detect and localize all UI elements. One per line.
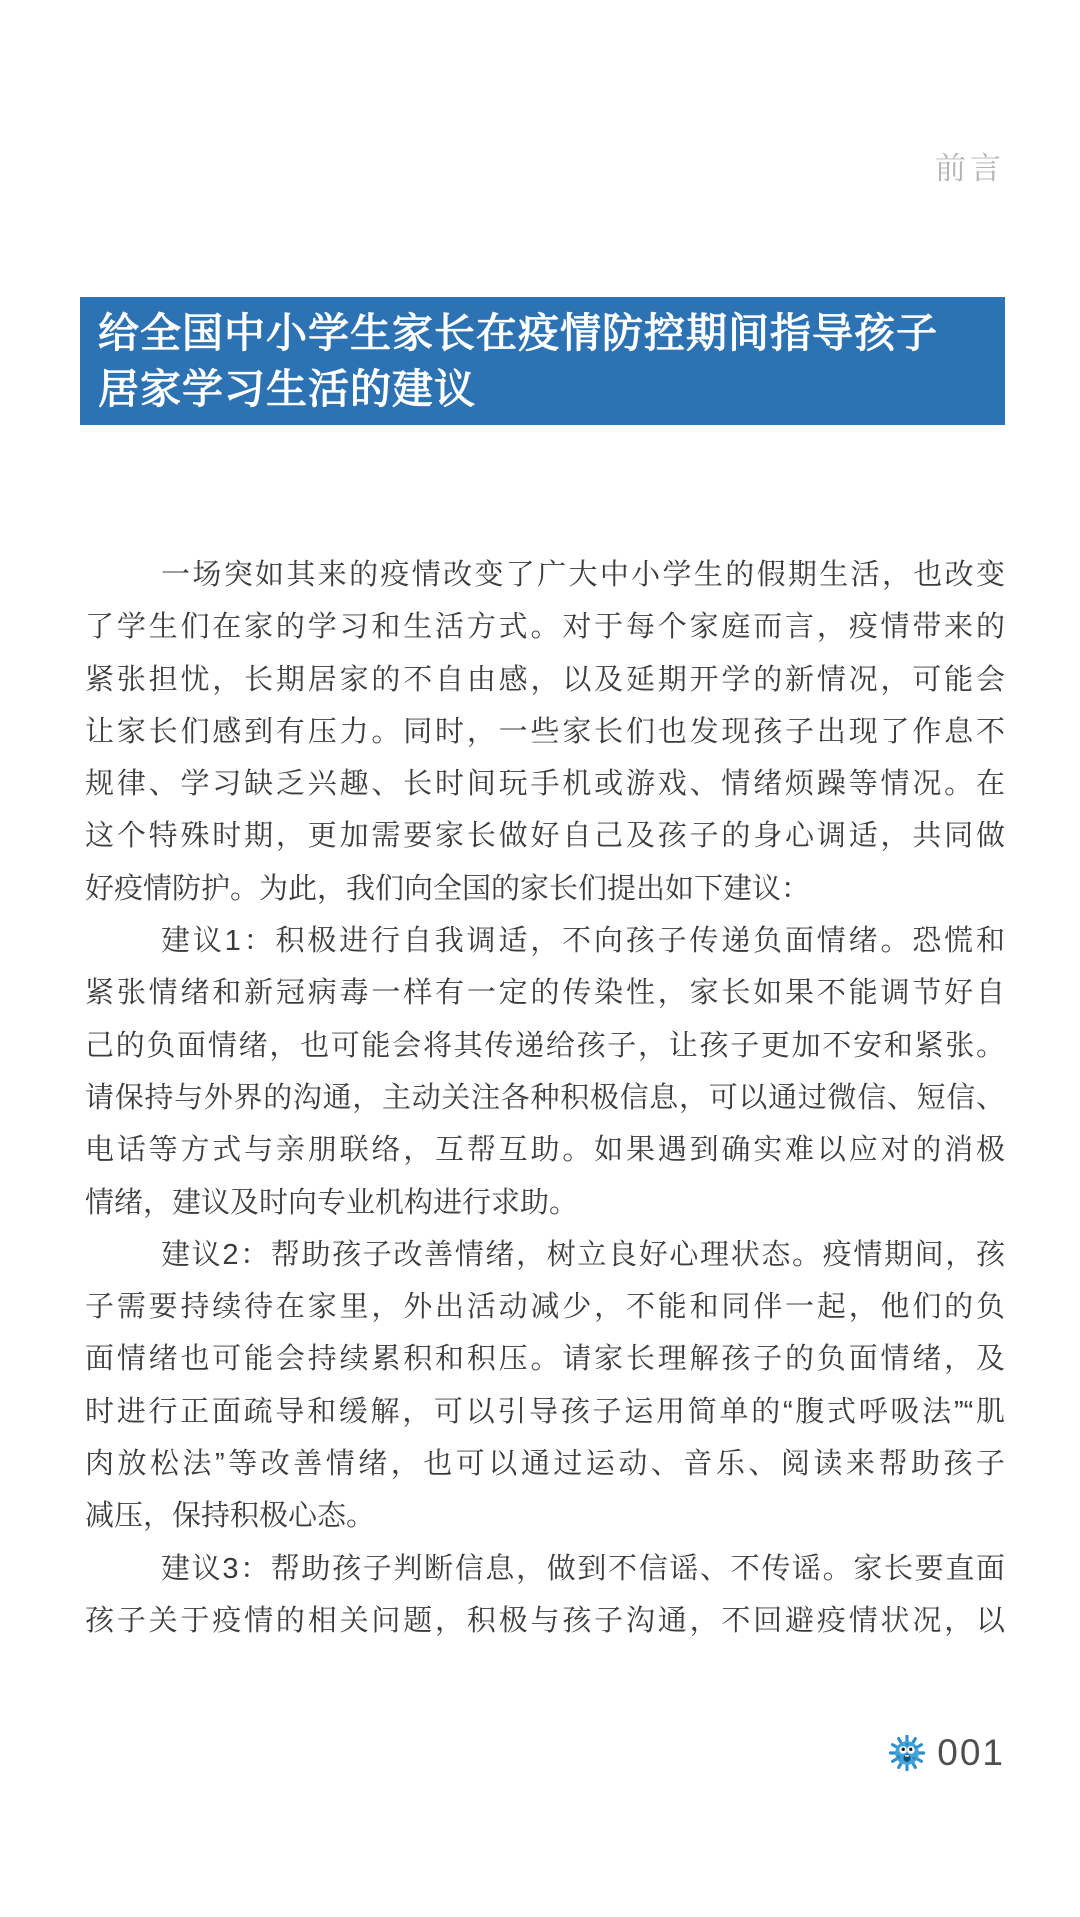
body-line: 了学生们在家的学习和生活方式。对于每个家庭而言，疫情带来的 [85, 601, 1005, 653]
body-line: 规律、学习缺乏兴趣、长时间玩手机或游戏、情绪烦躁等情况。在 [85, 758, 1005, 810]
body-line: 情绪，建议及时向专业机构进行求助。 [85, 1177, 1005, 1229]
body-line: 电话等方式与亲朋联络，互帮互助。如果遇到确实难以应对的消极 [85, 1124, 1005, 1176]
body-line: 紧张情绪和新冠病毒一样有一定的传染性，家长如果不能调节好自 [85, 967, 1005, 1019]
section-title-banner: 给全国中小学生家长在疫情防控期间指导孩子居家学习生活的建议 [80, 297, 1005, 425]
body-line: 一场突如其来的疫情改变了广大中小学生的假期生活，也改变 [85, 549, 1005, 601]
body-line: 建议3：帮助孩子判断信息，做到不信谣、不传谣。家长要直面 [85, 1543, 1005, 1595]
virus-icon [886, 1732, 928, 1774]
body-line: 好疫情防护。为此，我们向全国的家长们提出如下建议： [85, 863, 1005, 915]
preface-label: 前言 [935, 143, 1005, 188]
body-line: 己的负面情绪，也可能会将其传递给孩子，让孩子更加不安和紧张。 [85, 1020, 1005, 1072]
body-line: 建议2：帮助孩子改善情绪，树立良好心理状态。疫情期间，孩 [85, 1229, 1005, 1281]
body-line: 子需要持续待在家里，外出活动减少，不能和同伴一起，他们的负 [85, 1281, 1005, 1333]
body-line: 面情绪也可能会持续累积和积压。请家长理解孩子的负面情绪，及 [85, 1333, 1005, 1385]
body-line: 减压，保持积极心态。 [85, 1490, 1005, 1542]
body-line: 请保持与外界的沟通，主动关注各种积极信息，可以通过微信、短信、 [85, 1072, 1005, 1124]
body-line: 建议1：积极进行自我调适，不向孩子传递负面情绪。恐慌和 [85, 915, 1005, 967]
body-text: 一场突如其来的疫情改变了广大中小学生的假期生活，也改变了学生们在家的学习和生活方… [85, 549, 1005, 1647]
body-line: 让家长们感到有压力。同时，一些家长们也发现孩子出现了作息不 [85, 706, 1005, 758]
body-line: 肉放松法”等改善情绪，也可以通过运动、音乐、阅读来帮助孩子 [85, 1438, 1005, 1490]
section-title-line: 居家学习生活的建议 [98, 361, 987, 417]
body-line: 这个特殊时期，更加需要家长做好自己及孩子的身心调适，共同做 [85, 810, 1005, 862]
body-line: 紧张担忧，长期居家的不自由感，以及延期开学的新情况，可能会 [85, 654, 1005, 706]
page-footer: 001 [886, 1732, 1005, 1774]
page-number: 001 [937, 1732, 1005, 1774]
body-line: 时进行正面疏导和缓解，可以引导孩子运用简单的“腹式呼吸法”“肌 [85, 1386, 1005, 1438]
document-page: 前言 给全国中小学生家长在疫情防控期间指导孩子居家学习生活的建议 一场突如其来的… [0, 0, 1080, 1917]
section-title-line: 给全国中小学生家长在疫情防控期间指导孩子 [98, 305, 987, 361]
body-line: 孩子关于疫情的相关问题，积极与孩子沟通，不回避疫情状况，以 [85, 1595, 1005, 1647]
